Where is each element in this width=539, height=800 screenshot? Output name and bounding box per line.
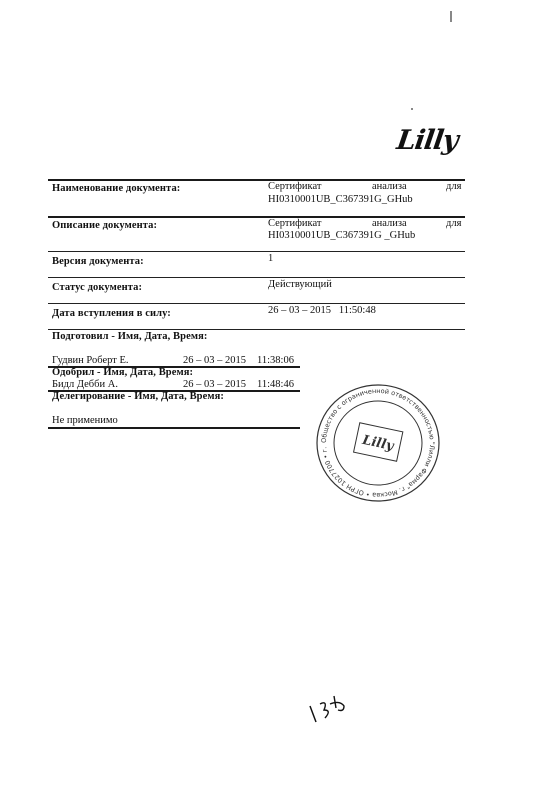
approved-time: 11:48:46 (257, 379, 294, 390)
prepared-date: 26 – 03 – 2015 (183, 355, 246, 366)
stamp-center-logo: Lilly (360, 433, 396, 455)
table-rule (48, 329, 465, 330)
field-value-document-description-code: HI0310001UB_C367391G _GHub (268, 230, 415, 241)
field-value-document-name-word2: анализа (372, 181, 407, 192)
prepared-time: 11:38:06 (257, 355, 294, 366)
table-rule (48, 277, 465, 278)
field-value-document-status: Действующий (268, 279, 332, 290)
table-rule (48, 251, 465, 252)
field-label-document-version: Версия документа: (52, 256, 144, 267)
delegation-value: Не применимо (52, 415, 118, 426)
table-rule (48, 303, 465, 304)
company-seal-stamp: Общество с ограниченной ответственностью… (312, 380, 442, 505)
section-rule (48, 427, 300, 429)
scan-artifact-mark (450, 11, 452, 22)
approved-heading: Одобрил - Имя, Дата, Время: (52, 367, 193, 378)
prepared-heading: Подготовил - Имя, Дата, Время: (52, 331, 207, 342)
field-label-document-description: Описание документа: (52, 220, 157, 231)
field-value-document-version: 1 (268, 253, 273, 264)
scan-artifact-dot (411, 108, 413, 110)
lilly-logo: Lilly (395, 125, 460, 156)
field-value-document-name-word3: для (446, 181, 461, 192)
field-value-document-description-word2: анализа (372, 218, 407, 229)
field-value-effective-date: 26 – 03 – 2015 11:50:48 (268, 305, 376, 316)
prepared-name: Гудвин Роберт Е. (52, 355, 128, 366)
field-value-document-description-word1: Сертификат (268, 218, 321, 229)
approved-date: 26 – 03 – 2015 (183, 379, 246, 390)
handwritten-page-number: 134 (300, 688, 360, 733)
field-label-document-status: Статус документа: (52, 282, 142, 293)
field-label-document-name: Наименование документа: (52, 183, 180, 194)
field-label-effective-date: Дата вступления в силу: (52, 308, 171, 319)
approved-name: Бидл Дебби А. (52, 379, 118, 390)
field-value-document-name-word1: Сертификат (268, 181, 321, 192)
field-value-document-description-word3: для (446, 218, 461, 229)
field-value-document-name-code: HI0310001UB_C367391G_GHub (268, 194, 413, 205)
delegation-heading: Делегирование - Имя, Дата, Время: (52, 391, 224, 402)
